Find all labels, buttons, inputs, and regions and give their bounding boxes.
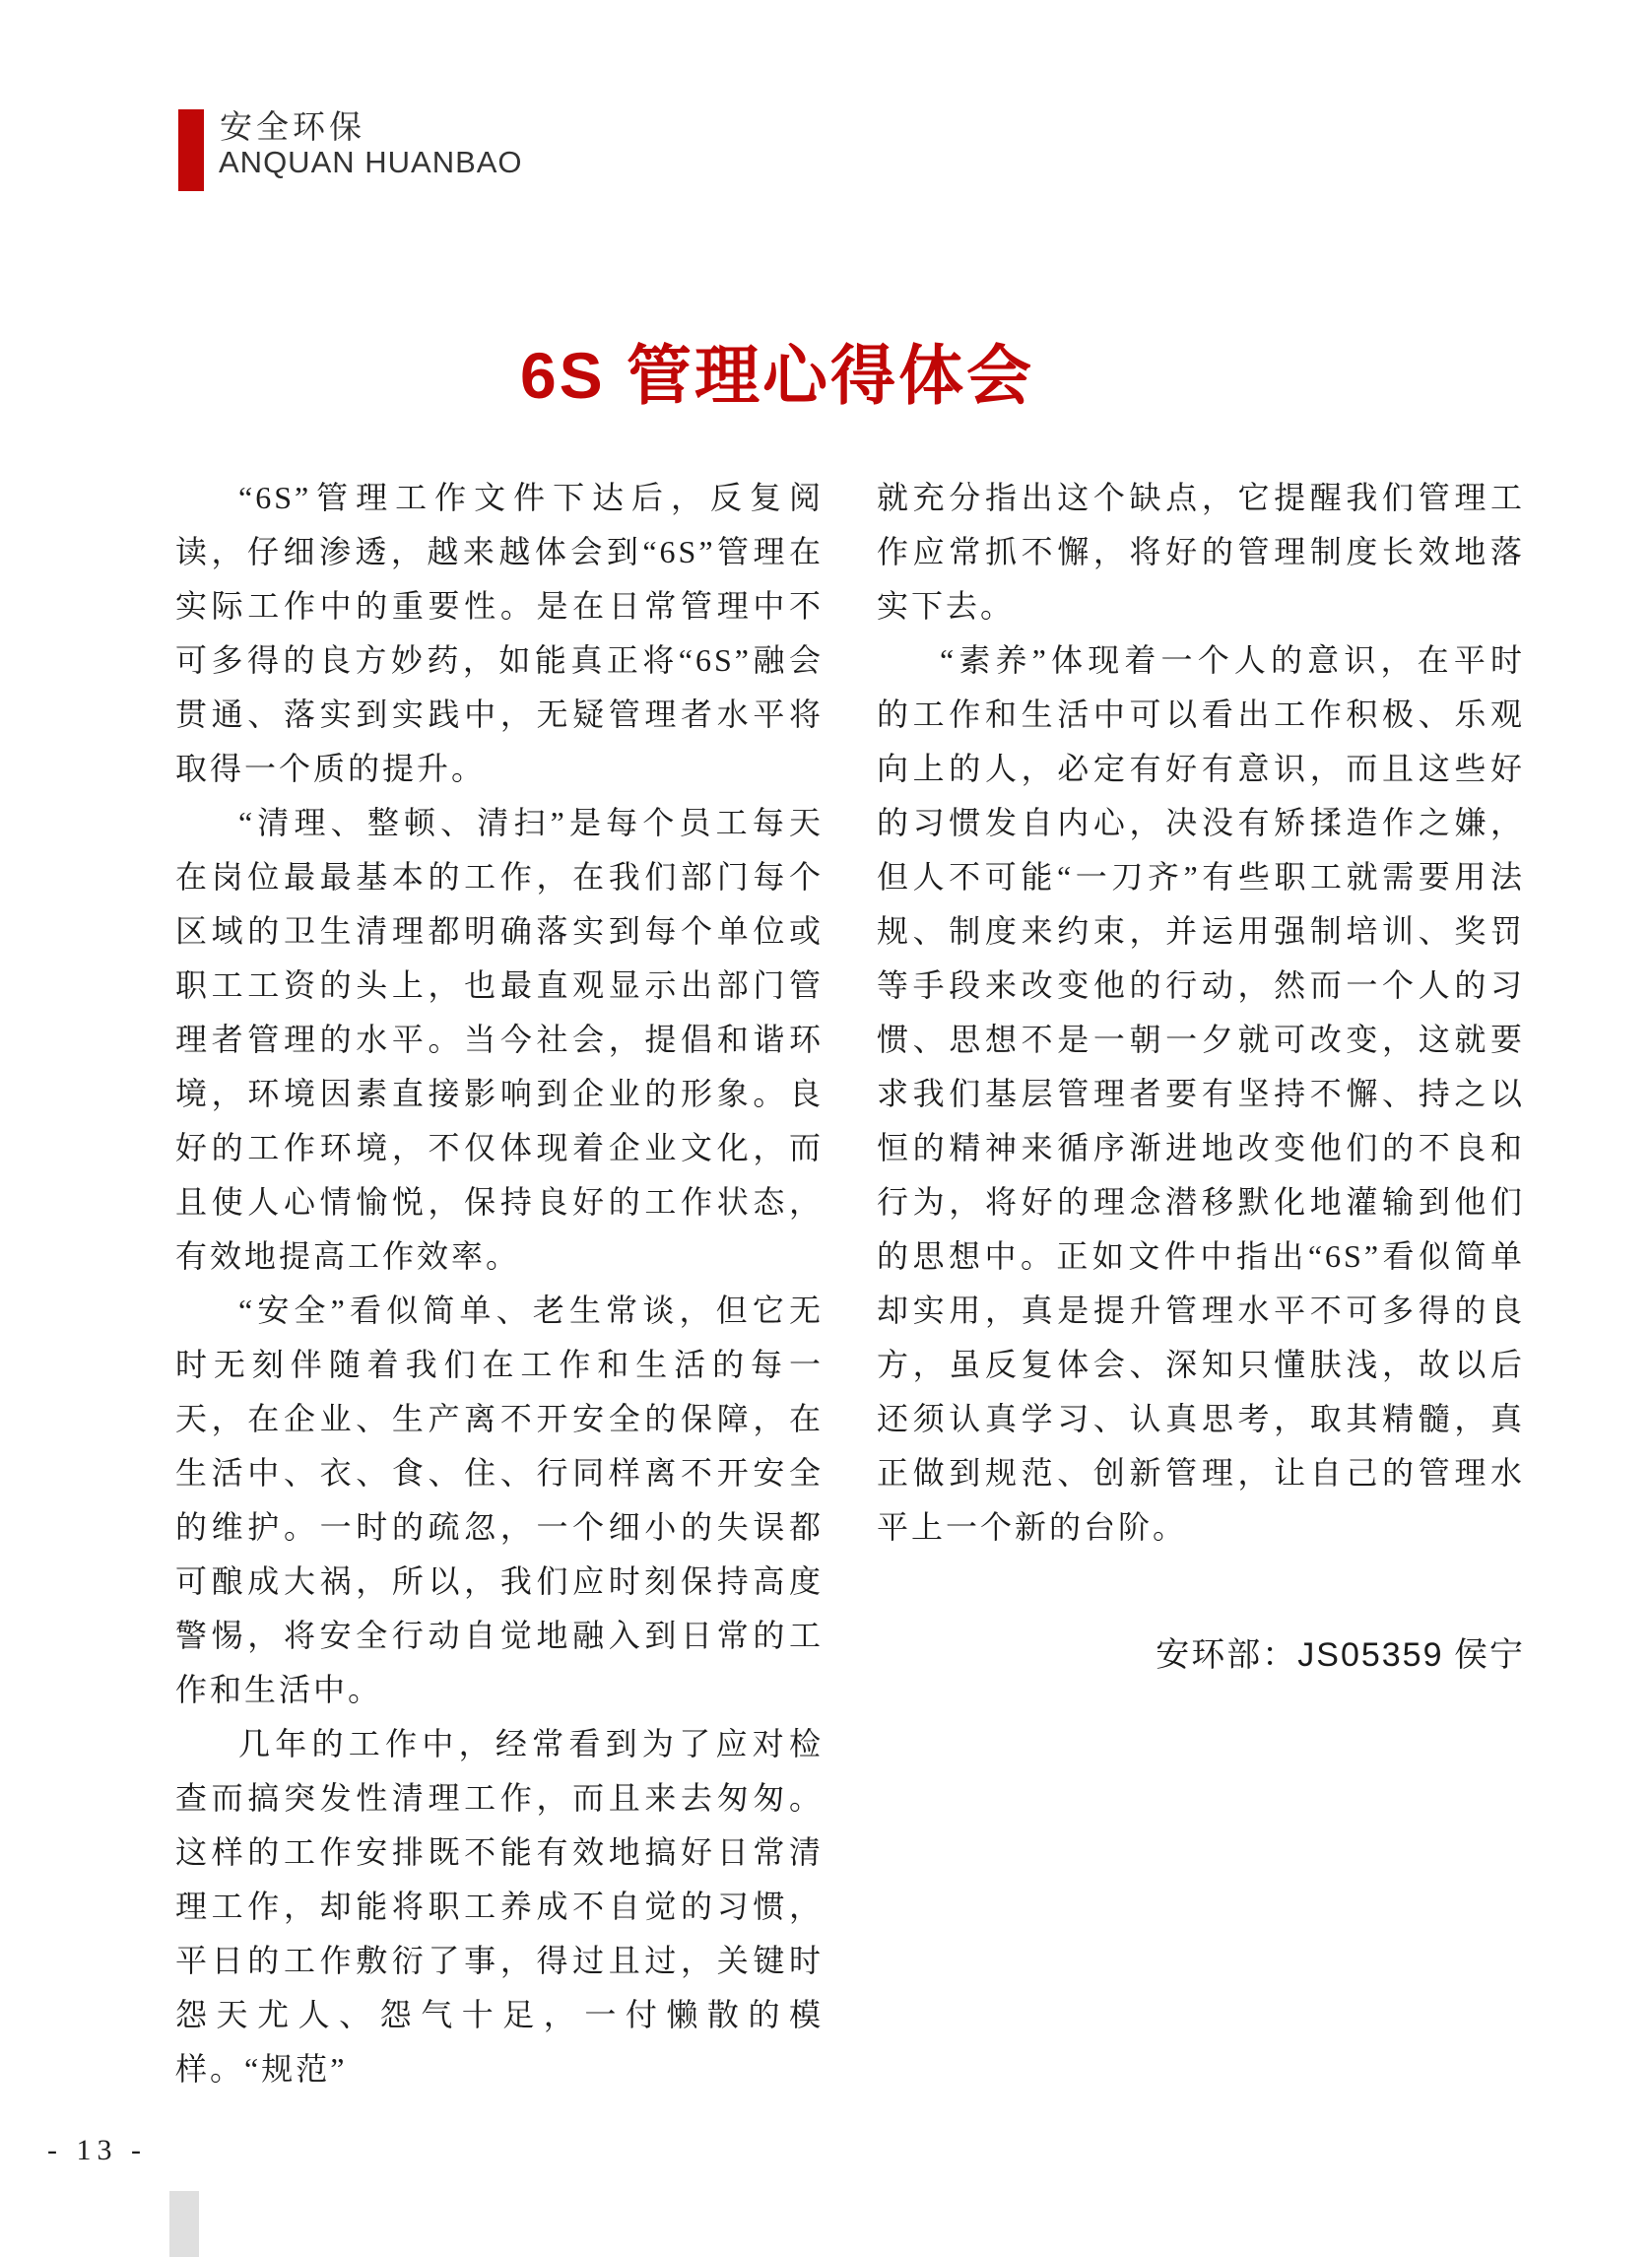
signature-name: 侯宁 — [1444, 1637, 1526, 1674]
paragraph: “6S”管理工作文件下达后，反复阅读，仔细渗透，越来越体会到“6S”管理在实际工… — [175, 471, 824, 796]
paragraph: “素养”体现着一个人的意识，在平时的工作和生活中可以看出工作积极、乐观向上的人，… — [877, 633, 1525, 1555]
signature-department: 安环部： — [1156, 1637, 1297, 1674]
author-signature: 安环部：JS05359 侯宁 — [877, 1627, 1525, 1676]
page-number: - 13 - — [47, 2134, 147, 2167]
magazine-page: 安全环保 ANQUAN HUANBAO 6S 管理心得体会 “6S”管理工作文件… — [0, 0, 1652, 2257]
section-title-pinyin: ANQUAN HUANBAO — [219, 145, 523, 180]
header-accent-bar — [178, 109, 204, 191]
paragraph-continuation: 就充分指出这个缺点，它提醒我们管理工作应常抓不懈，将好的管理制度长效地落实下去。 — [877, 471, 1525, 633]
article-title: 6S 管理心得体会 — [0, 323, 1554, 417]
signature-employee-id: JS05359 — [1297, 1636, 1443, 1674]
left-column: “6S”管理工作文件下达后，反复阅读，仔细渗透，越来越体会到“6S”管理在实际工… — [175, 471, 824, 2096]
paragraph: “安全”看似简单、老生常谈，但它无时无刻伴随着我们在工作和生活的每一天，在企业、… — [175, 1284, 824, 1717]
paragraph: 几年的工作中，经常看到为了应对检查而搞突发性清理工作，而且来去匆匆。这样的工作安… — [175, 1717, 824, 2096]
paragraph: “清理、整顿、清扫”是每个员工每天在岗位最最基本的工作，在我们部门每个区域的卫生… — [175, 796, 824, 1284]
footer-accent-bar — [169, 2191, 199, 2257]
right-column: 就充分指出这个缺点，它提醒我们管理工作应常抓不懈，将好的管理制度长效地落实下去。… — [877, 471, 1525, 1555]
section-title-chinese: 安全环保 — [220, 101, 365, 148]
